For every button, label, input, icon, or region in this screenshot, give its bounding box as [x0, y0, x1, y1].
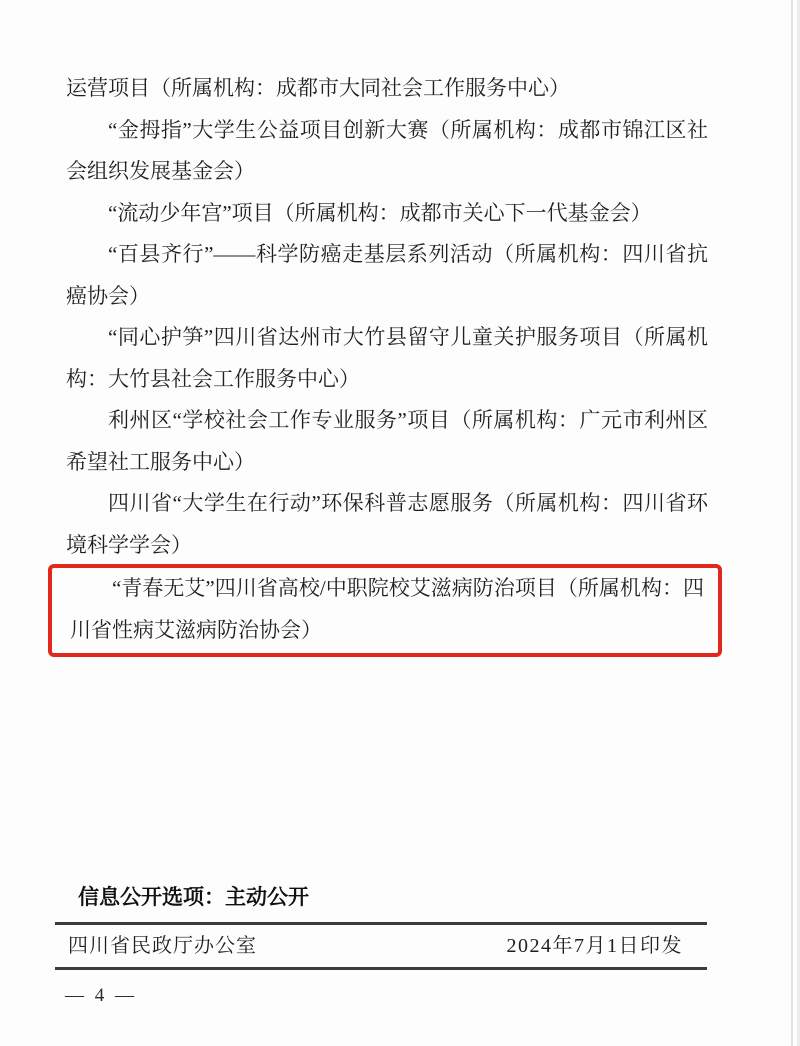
project-list-item: “同心护笋”四川省达州市大竹县留守儿童关护服务项目（所属机构：大竹县社会工作服务…: [66, 317, 708, 400]
footer-row: 四川省民政厅办公室 2024年7月1日印发: [55, 925, 707, 967]
page-number: — 4 —: [65, 984, 708, 1008]
project-list-item-highlighted: “青春无艾”四川省高校/中职院校艾滋病防治项目（所属机构：四川省性病艾滋病防治协…: [70, 568, 704, 651]
project-list: 运营项目（所属机构：成都市大同社会工作服务中心） “金拇指”大学生公益项目创新大…: [0, 0, 800, 1008]
project-list-item: 利州区“学校社会工作专业服务”项目（所属机构：广元市利州区希望社工服务中心）: [66, 400, 708, 483]
project-list-item: “流动少年宫”项目（所属机构：成都市关心下一代基金会）: [66, 193, 708, 235]
disclosure-value: 主动公开: [225, 886, 309, 909]
project-list-item: 四川省“大学生在行动”环保科普志愿服务（所属机构：四川省环境科学学会）: [66, 483, 708, 566]
footer-rule-bottom: [55, 967, 707, 970]
highlight-annotation-box: “青春无艾”四川省高校/中职院校艾滋病防治项目（所属机构：四川省性病艾滋病防治协…: [48, 564, 722, 657]
project-list-item: 运营项目（所属机构：成都市大同社会工作服务中心）: [66, 68, 708, 110]
issuer-name: 四川省民政厅办公室: [55, 925, 257, 967]
print-date: 2024年7月1日印发: [507, 925, 708, 967]
project-list-item: “金拇指”大学生公益项目创新大赛（所属机构：成都市锦江区社会组织发展基金会）: [66, 110, 708, 193]
document-page: 运营项目（所属机构：成都市大同社会工作服务中心） “金拇指”大学生公益项目创新大…: [0, 0, 800, 1046]
project-list-item: “百县齐行”——科学防癌走基层系列活动（所属机构：四川省抗癌协会）: [66, 234, 708, 317]
disclosure-line: 信息公开选项：主动公开: [78, 883, 708, 913]
disclosure-label: 信息公开选项：: [78, 886, 225, 909]
